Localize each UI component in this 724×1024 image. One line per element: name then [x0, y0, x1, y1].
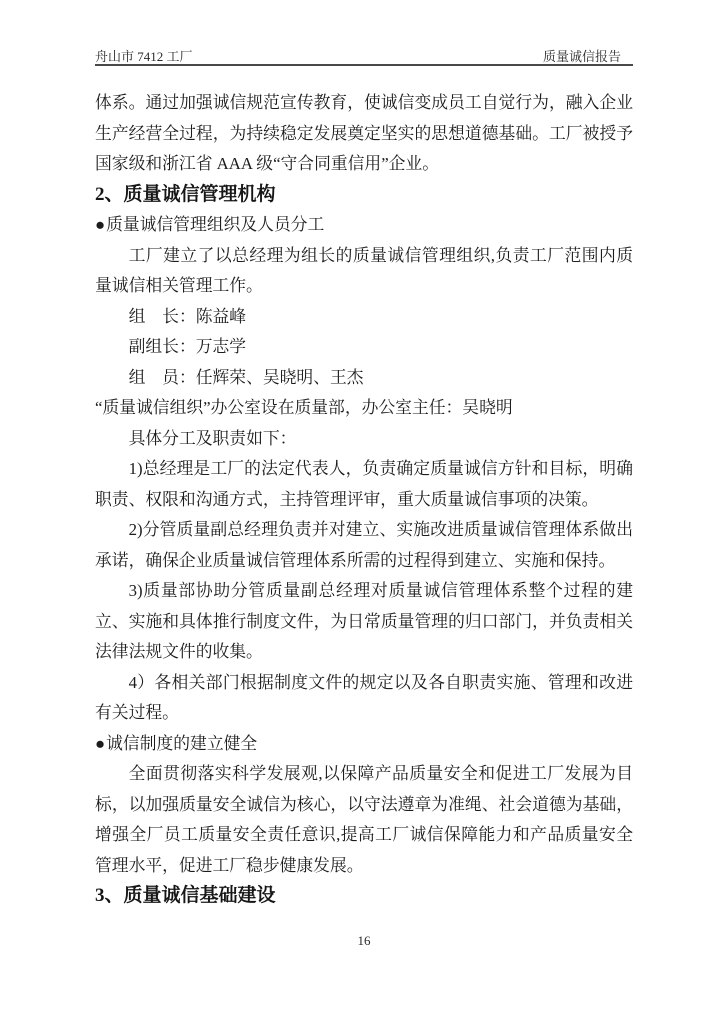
bullet-item-label: 诚信制度的建立健全 — [106, 734, 257, 753]
paragraph-policy: 全面贯彻落实科学发展观,以保障产品质量安全和促进工厂发展为目标，以加强质量安全诚… — [95, 759, 633, 881]
document-body: 体系。通过加强诚信规范宣传教育，使诚信变成员工自觉行为，融入企业生产经营全过程，… — [95, 88, 633, 912]
header-report-title: 质量诚信报告 — [543, 46, 633, 65]
line-members: 组 员：任辉荣、吴晓明、王杰 — [95, 363, 633, 394]
bullet-item-organization: ●质量诚信管理组织及人员分工 — [95, 210, 633, 241]
page-header: 舟山市 7412 工厂 质量诚信报告 — [95, 46, 633, 65]
line-deputy-leader: 副组长：万志学 — [95, 332, 633, 363]
document-page: 舟山市 7412 工厂 质量诚信报告 体系。通过加强诚信规范宣传教育，使诚信变成… — [0, 0, 724, 1024]
paragraph-duty-1: 1)总经理是工厂的法定代表人，负责确定质量诚信方针和目标，明确职责、权限和沟通方… — [95, 454, 633, 515]
page-number: 16 — [358, 933, 371, 948]
section-heading-3: 3、质量诚信基础建设 — [95, 881, 633, 912]
paragraph-duty-2: 2)分管质量副总经理负责并对建立、实施改进质量诚信管理体系做出承诺，确保企业质量… — [95, 515, 633, 576]
header-factory-name: 舟山市 7412 工厂 — [95, 46, 193, 65]
paragraph-duty-3: 3)质量部协助分管质量副总经理对质量诚信管理体系整个过程的建立、实施和具体推行制… — [95, 576, 633, 668]
line-group-leader: 组 长：陈益峰 — [95, 302, 633, 333]
line-duties-intro: 具体分工及职责如下： — [95, 424, 633, 455]
bullet-item-integrity-system: ●诚信制度的建立健全 — [95, 729, 633, 760]
section-heading-2: 2、质量诚信管理机构 — [95, 180, 633, 211]
line-office-location: “质量诚信组织”办公室设在质量部，办公室主任：吴晓明 — [95, 393, 633, 424]
bullet-icon: ● — [95, 215, 105, 234]
bullet-item-label: 质量诚信管理组织及人员分工 — [106, 215, 324, 234]
page-footer: 16 — [95, 933, 633, 949]
paragraph-org-setup: 工厂建立了以总经理为组长的质量诚信管理组织,负责工厂范围内质量诚信相关管理工作。 — [95, 241, 633, 302]
paragraph-duty-4: 4）各相关部门根据制度文件的规定以及各自职责实施、管理和改进有关过程。 — [95, 668, 633, 729]
header-rule — [95, 64, 633, 66]
bullet-icon: ● — [95, 734, 105, 753]
paragraph-continuation: 体系。通过加强诚信规范宣传教育，使诚信变成员工自觉行为，融入企业生产经营全过程，… — [95, 88, 633, 180]
